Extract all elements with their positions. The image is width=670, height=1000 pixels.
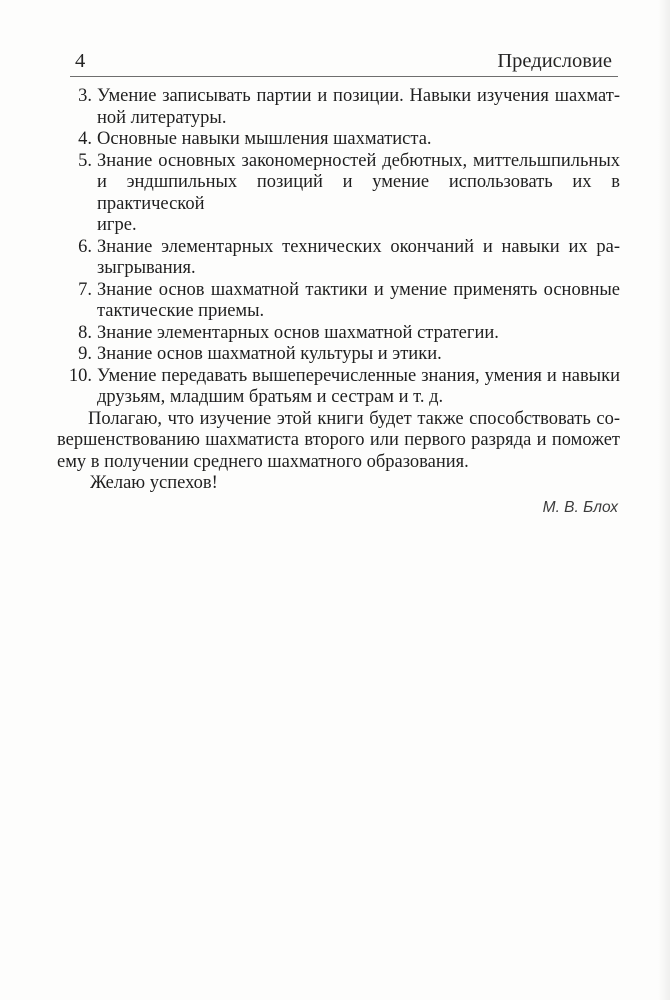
list-item: 4. Основные навыки мышления шахматиста. <box>57 129 620 151</box>
item-number: 9. <box>57 344 92 366</box>
item-number: 4. <box>57 129 92 151</box>
item-text: Умение передавать вышеперечисленные знан… <box>97 366 620 409</box>
item-line: Знание элементарных основ шахматной стра… <box>97 323 620 345</box>
item-line: Знание основ шахматной тактики и умение … <box>97 280 620 302</box>
list-item: 8. Знание элементарных основ шахматной с… <box>57 323 620 345</box>
page-edge-shadow <box>658 0 670 1000</box>
item-number: 8. <box>57 323 92 345</box>
item-line: Основные навыки мышления шахматиста. <box>97 129 620 151</box>
item-line: игре. <box>97 215 620 237</box>
item-text: Основные навыки мышления шахматиста. <box>97 129 620 151</box>
item-line: ной литературы. <box>97 108 620 130</box>
book-page: 4 Предисловие 3. Умение записывать парти… <box>0 0 670 1000</box>
item-number: 10. <box>57 366 92 388</box>
item-line: Умение передавать вышеперечисленные знан… <box>97 366 620 388</box>
paragraph-line: ему в получении среднего шахматного обра… <box>57 452 620 474</box>
item-line: Знание элементарных технических окончани… <box>97 237 620 259</box>
item-number: 6. <box>57 237 92 259</box>
farewell-line: Желаю успехов! <box>57 473 620 495</box>
page-content: 3. Умение записывать партии и позиции. Н… <box>57 86 620 517</box>
item-text: Знание основ шахматной культуры и этики. <box>97 344 620 366</box>
paragraph-line: Полагаю, что изучение этой книги будет т… <box>57 409 620 431</box>
page-number: 4 <box>70 50 85 73</box>
paragraph-line: вершенствованию шахматиста второго или п… <box>57 430 620 452</box>
item-line: друзьям, младшим братьям и сестрам и т. … <box>97 387 620 409</box>
item-line: зыгрывания. <box>97 258 620 280</box>
running-header: 4 Предисловие <box>70 50 618 77</box>
item-number: 5. <box>57 151 92 173</box>
list-item: 6. Знание элементарных технических оконч… <box>57 237 620 280</box>
list-item: 5. Знание основных закономерностей дебют… <box>57 151 620 237</box>
item-text: Знание основных закономерностей дебютных… <box>97 151 620 237</box>
author-signature: М. В. Блох <box>57 498 620 517</box>
list-item: 7. Знание основ шахматной тактики и умен… <box>57 280 620 323</box>
item-text: Знание элементарных основ шахматной стра… <box>97 323 620 345</box>
list-item: 3. Умение записывать партии и позиции. Н… <box>57 86 620 129</box>
item-text: Умение записывать партии и позиции. Навы… <box>97 86 620 129</box>
list-item: 10. Умение передавать вышеперечисленные … <box>57 366 620 409</box>
list-item: 9. Знание основ шахматной культуры и эти… <box>57 344 620 366</box>
item-line: Знание основных закономерностей дебютных… <box>97 151 620 173</box>
item-number: 7. <box>57 280 92 302</box>
closing-paragraph: Полагаю, что изучение этой книги будет т… <box>57 409 620 474</box>
chapter-title: Предисловие <box>497 50 618 73</box>
item-line: Умение записывать партии и позиции. Навы… <box>97 86 620 108</box>
item-line: и эндшпильных позиций и умение использов… <box>97 172 620 215</box>
item-line: тактические приемы. <box>97 301 620 323</box>
item-line: Знание основ шахматной культуры и этики. <box>97 344 620 366</box>
item-text: Знание основ шахматной тактики и умение … <box>97 280 620 323</box>
item-text: Знание элементарных технических окончани… <box>97 237 620 280</box>
item-number: 3. <box>57 86 92 108</box>
